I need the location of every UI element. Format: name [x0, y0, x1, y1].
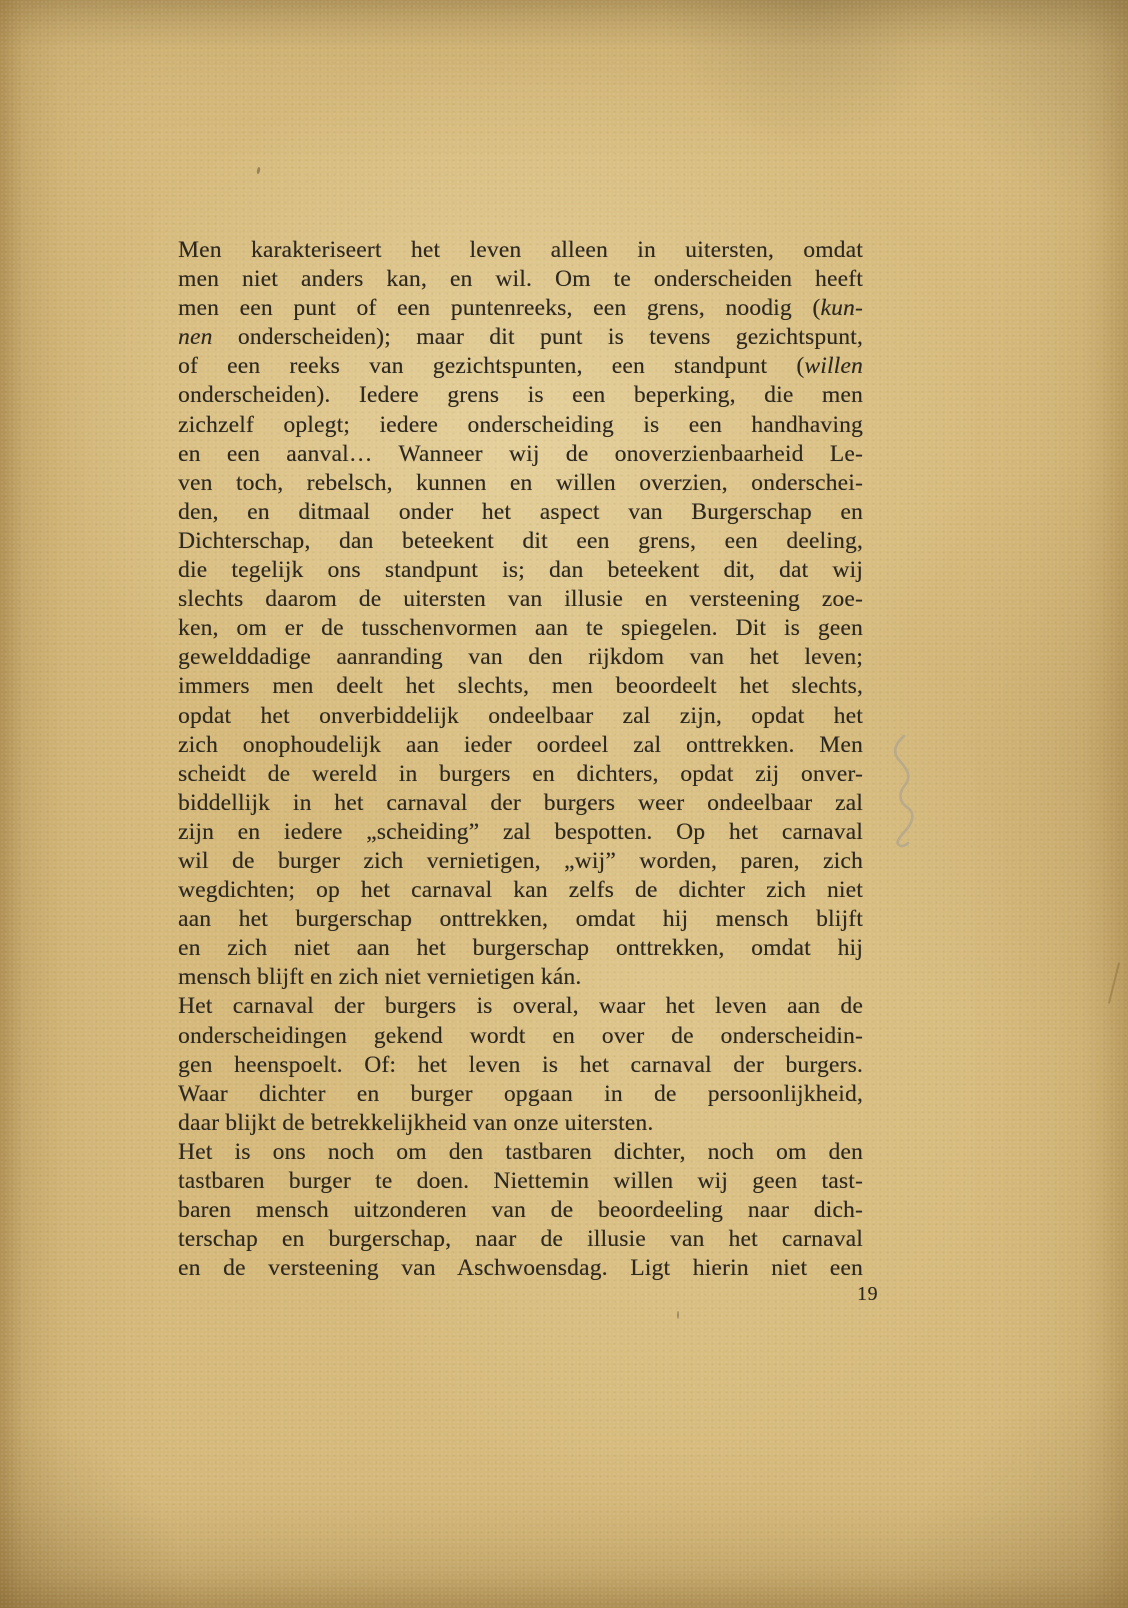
text-line: den, en ditmaal onder het aspect van Bur… [178, 498, 863, 527]
text-line: onderscheidingen gekend wordt en over de… [178, 1022, 863, 1051]
text-line: immers men deelt het slechts, men beoord… [178, 672, 863, 701]
text-line: daar blijkt de betrekkelijkheid van onze… [178, 1109, 863, 1138]
pencil-squiggle-mark [886, 732, 926, 852]
text-line: mensch blijft en zich niet vernietigen k… [178, 963, 863, 992]
text-line: zijn en iedere „scheiding” zal bespotten… [178, 818, 863, 847]
text-line: men een punt of een puntenreeks, een gre… [178, 294, 863, 323]
paper-speck [677, 1311, 679, 1319]
text-line: slechts daarom de uitersten van illusie … [178, 585, 863, 614]
text-line: Het carnaval der burgers is overal, waar… [178, 992, 863, 1021]
text-line: aan het burgerschap onttrekken, omdat hi… [178, 905, 863, 934]
text-line: Waar dichter en burger opgaan in de pers… [178, 1080, 863, 1109]
text-line: ken, om er de tusschenvormen aan te spie… [178, 614, 863, 643]
text-line: en de versteening van Aschwoensdag. Ligt… [178, 1254, 863, 1283]
text-line: gen heenspoelt. Of: het leven is het car… [178, 1051, 863, 1080]
text-line: tastbaren burger te doen. Niettemin will… [178, 1167, 863, 1196]
text-line: baren mensch uitzonderen van de beoordee… [178, 1196, 863, 1225]
text-line: of een reeks van gezichtspunten, een sta… [178, 352, 863, 381]
text-line: en zich niet aan het burgerschap onttrek… [178, 934, 863, 963]
text-line: zich onophoudelijk aan ieder oordeel zal… [178, 731, 863, 760]
text-line: gewelddadige aanranding van den rijkdom … [178, 643, 863, 672]
text-line: Het is ons noch om den tastbaren dichter… [178, 1138, 863, 1167]
text-line: opdat het onverbiddelijk ondeelbaar zal … [178, 702, 863, 731]
text-line: nen onderscheiden); maar dit punt is tev… [178, 323, 863, 352]
book-page: Men karakteriseert het leven alleen in u… [0, 0, 1128, 1608]
text-block: Men karakteriseert het leven alleen in u… [178, 236, 863, 1283]
text-line: Men karakteriseert het leven alleen in u… [178, 236, 863, 265]
paper-speck [256, 167, 260, 174]
text-line: ven toch, rebelsch, kunnen en willen ove… [178, 469, 863, 498]
text-line: wegdichten; op het carnaval kan zelfs de… [178, 876, 863, 905]
text-line: onderscheiden). Iedere grens is een bepe… [178, 381, 863, 410]
text-line: wil de burger zich vernietigen, „wij” wo… [178, 847, 863, 876]
text-line: terschap en burgerschap, naar de illusie… [178, 1225, 863, 1254]
text-line: en een aanval… Wanneer wij de onoverzien… [178, 440, 863, 469]
text-line: die tegelijk ons standpunt is; dan betee… [178, 556, 863, 585]
text-line: zichzelf oplegt; iedere onderscheiding i… [178, 411, 863, 440]
text-line: men niet anders kan, en wil. Om te onder… [178, 265, 863, 294]
paper-scratch [1108, 962, 1120, 1003]
text-line: scheidt de wereld in burgers en dichters… [178, 760, 863, 789]
text-line: Dichterschap, dan beteekent dit een gren… [178, 527, 863, 556]
page-number: 19 [178, 1283, 878, 1306]
text-line: biddellijk in het carnaval der burgers w… [178, 789, 863, 818]
